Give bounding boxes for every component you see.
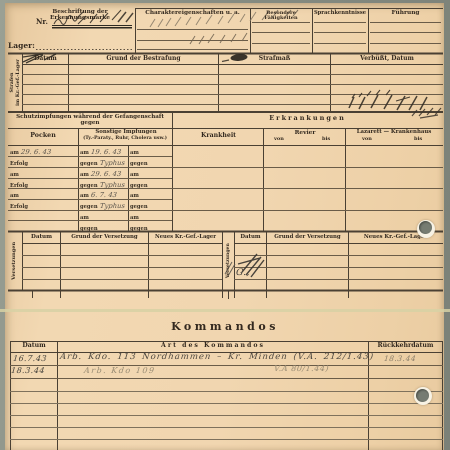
kommandos-col-rueckkehr: Rückkehrdatum xyxy=(369,343,442,350)
impf-cell: Erfolg xyxy=(10,156,76,167)
pocken-header: Pocken xyxy=(8,133,78,140)
krankheit-header: Krankheit xyxy=(174,133,263,140)
impfungen-sonstige-column-b: am gegen am gegen am gegen am gegen xyxy=(130,146,171,232)
impf-label: gegen xyxy=(130,204,148,210)
impf-cell: am xyxy=(10,189,76,200)
kommando-row2-datum: 18.3.44 xyxy=(11,366,46,375)
impf-cell: Erfolg xyxy=(10,199,76,210)
impf-cell: gegenTyphus xyxy=(80,156,127,167)
impf-cell: gegen xyxy=(80,221,127,232)
impf-label: gegen xyxy=(80,161,98,167)
impf-cell: am6. 7. 43 xyxy=(80,189,127,200)
impf-label: Erfolg xyxy=(10,204,28,210)
impf-cell: am29. 6. 43 xyxy=(80,167,127,178)
impf-handwriting: 29. 6. 43 xyxy=(90,170,121,178)
kommandos-col-art: Art des Kommandos xyxy=(58,343,368,350)
punch-hole-top-void xyxy=(419,221,432,234)
impf-label: Erfolg xyxy=(10,161,28,167)
versetzungen-handwritten-note: G., xyxy=(235,268,250,278)
impf-label: am xyxy=(10,193,19,199)
versetzungen-left-side-label-text: Versetzungen xyxy=(12,242,18,280)
strafen-side-label-line2: im Kr.-Gef.-Lager xyxy=(15,59,21,106)
impf-cell: gegen xyxy=(130,178,171,189)
impf-handwriting: 6. 7. 43 xyxy=(90,191,117,199)
kommandos-title: Kommandos xyxy=(100,321,350,333)
kommando-row1-datum: 16.7.43 xyxy=(13,354,48,363)
impf-cell: gegen xyxy=(130,221,171,232)
impf-handwriting: 29. 6. 43 xyxy=(20,148,51,156)
strafen-col-grund: Grund der Bestrafung xyxy=(69,56,218,62)
lazarett-header: Lazarett — Krankenhaus xyxy=(347,130,441,136)
impf-label: am xyxy=(130,193,139,199)
impf-label: am xyxy=(80,215,89,221)
revier-bis-label: bis xyxy=(322,137,330,142)
impf-label: am xyxy=(80,150,89,156)
impfungen-sonstige-column-a: am19. 6. 43 gegenTyphus am29. 6. 43 gege… xyxy=(80,146,127,232)
impf-cell xyxy=(10,221,76,232)
impf-cell: gegen xyxy=(130,156,171,167)
versetzungen-left-col-datum: Datum xyxy=(23,235,60,241)
impfungen-pocken-column: am29. 6. 43 Erfolg am Erfolg am Erfolg xyxy=(10,146,76,232)
versetzungen-right-col-datum: Datum xyxy=(235,235,266,241)
impf-label: am xyxy=(80,172,89,178)
impf-cell: am xyxy=(130,189,171,200)
versetzungen-right-side-label: Versetzungen xyxy=(222,232,234,290)
impf-cell: am xyxy=(80,210,127,221)
impf-label: gegen xyxy=(80,204,98,210)
impf-label: gegen xyxy=(130,226,148,232)
impf-label: am xyxy=(130,150,139,156)
fold-crease xyxy=(0,309,450,312)
kommando-row2-art-right: V.A 80/1.44) xyxy=(274,364,330,373)
impf-label: am xyxy=(130,172,139,178)
strafen-col-strafmass: Strafmaß xyxy=(219,56,330,62)
strafen-col-verbuesst: Verbüßt, Datum xyxy=(331,56,443,62)
kommando-row2-art: Arb. Kdo 109 xyxy=(84,366,156,375)
impf-cell: am xyxy=(10,167,76,178)
impf-cell: am xyxy=(130,210,171,221)
impf-label: am xyxy=(10,172,19,178)
impf-handwriting: Typhus xyxy=(99,159,125,167)
faehigkeiten-header: Besondere Fähigkeiten xyxy=(251,11,311,22)
fuehrung-header: Führung xyxy=(370,10,441,16)
versetzungen-left-side-label: Versetzungen xyxy=(8,232,22,290)
impf-cell: gegenTyphus xyxy=(80,178,127,189)
impf-label: gegen xyxy=(80,183,98,189)
scribble-strafen-verbuesst xyxy=(349,90,427,110)
erkrankungen-title: Erkrankungen xyxy=(172,115,443,122)
impf-handwriting: Typhus xyxy=(99,181,125,189)
sonstige-subheader: (Ty.-Paraty., Ruhr, Cholera usw.) xyxy=(78,137,172,142)
versetzungen-left-col-grund: Grund der Versetzung xyxy=(61,235,148,241)
sprachkenntnisse-header: Sprachkenntnisse xyxy=(313,11,367,16)
impf-cell xyxy=(10,210,76,221)
impf-cell: am29. 6. 43 xyxy=(10,146,76,157)
impf-label: am xyxy=(10,150,19,156)
impf-label: am xyxy=(130,215,139,221)
charakter-header: Charaktereigenschaften u. a. xyxy=(137,10,248,16)
strafen-side-label: Strafen im Kr.-Gef.-Lager xyxy=(8,54,22,111)
impf-label: Erfolg xyxy=(10,183,28,189)
revier-von-label: von xyxy=(274,137,284,142)
scanned-pow-record-card: Beschriftung der Erkennungsmarke Nr. Lag… xyxy=(0,0,450,450)
strafen-col-datum: Datum xyxy=(23,56,68,62)
punch-hole-bottom-void xyxy=(416,389,429,402)
impf-cell: Erfolg xyxy=(10,178,76,189)
impf-cell: gegen xyxy=(130,199,171,210)
impf-cell: gegenTyphus xyxy=(80,199,127,210)
impf-label: gegen xyxy=(130,161,148,167)
sonstige-header: Sonstige Impfungen xyxy=(80,130,172,136)
impf-cell: am xyxy=(130,146,171,157)
impf-handwriting: Typhus xyxy=(99,202,125,210)
lazarett-bis-label: bis xyxy=(414,137,422,142)
impf-label: gegen xyxy=(80,226,98,232)
impf-label: gegen xyxy=(130,183,148,189)
kommandos-col-datum: Datum xyxy=(11,343,57,350)
lager-label: Lager: xyxy=(8,42,35,50)
impf-label: am xyxy=(80,193,89,199)
kommando-row1-art: Arb. Kdo. 113 Nordhammen – Kr. Minden (V… xyxy=(59,352,374,362)
versetzungen-left-col-lager: Neues Kr.-Gef.-Lager xyxy=(149,235,222,240)
impfungen-title: Schutzimpfungen während der Gefangenscha… xyxy=(10,115,170,127)
impf-cell: am19. 6. 43 xyxy=(80,146,127,157)
impf-handwriting: 19. 6. 43 xyxy=(90,148,121,156)
nr-label: Nr. xyxy=(36,18,48,25)
impf-cell: am xyxy=(130,167,171,178)
versetzungen-right-col-grund: Grund der Versetzung xyxy=(267,235,348,241)
kommando-row1-rueckkehr: 18.3.44 xyxy=(384,354,417,363)
lazarett-von-label: von xyxy=(362,137,372,142)
versetzungen-right-side-label-text: Versetzungen xyxy=(225,244,230,279)
